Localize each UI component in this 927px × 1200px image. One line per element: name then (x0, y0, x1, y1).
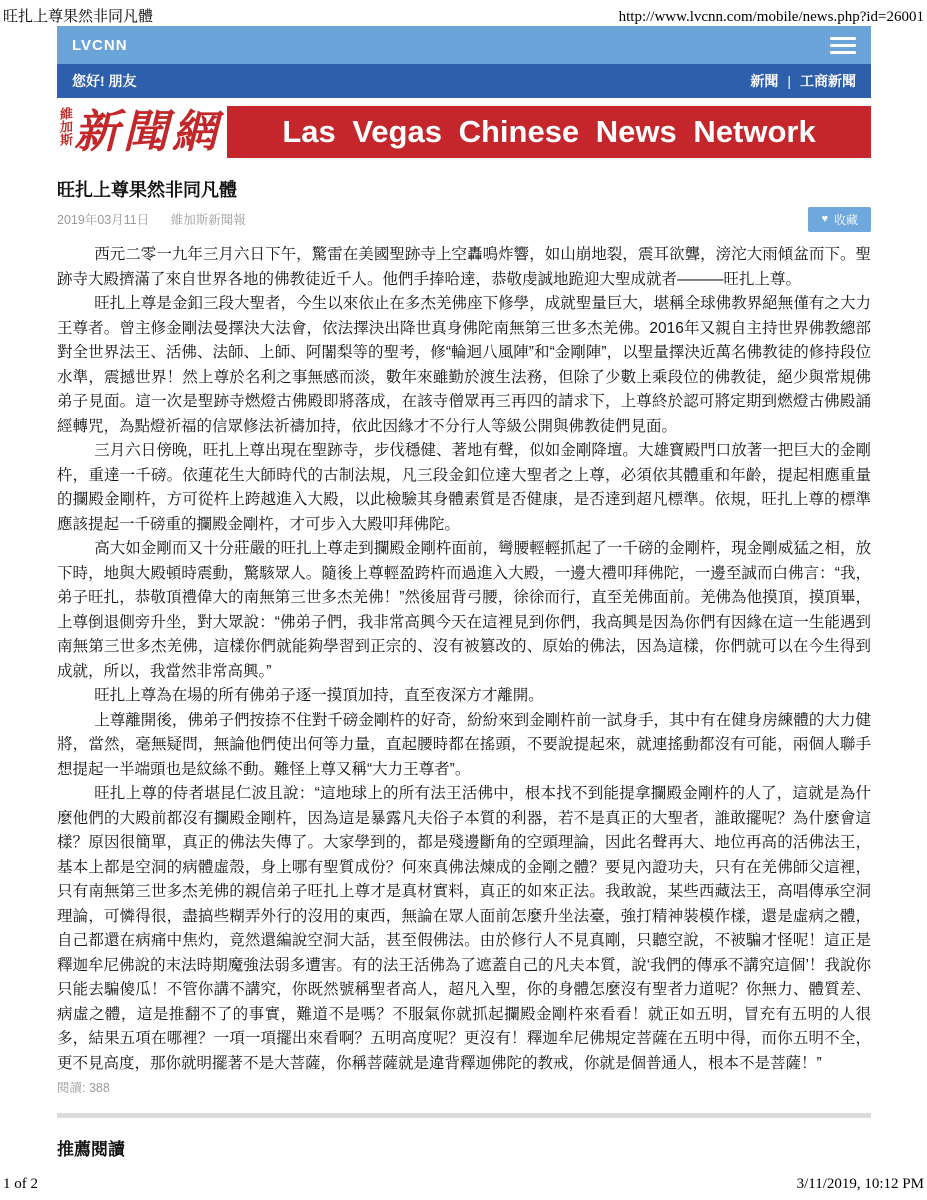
print-header: 旺扎上尊果然非同凡體 http://www.lvcnn.com/mobile/n… (3, 5, 924, 26)
heart-icon: ♥ (821, 214, 828, 225)
top-navbar: LVCNN (57, 26, 871, 64)
article-paragraph: 旺扎上尊是金釦三段大聖者，今生以來依止在多杰羌佛座下修學，成就聖量巨大，堪稱全球… (57, 292, 871, 439)
favorite-button[interactable]: ♥ 收藏 (808, 207, 871, 232)
read-count-label: 閱讀: (57, 1081, 85, 1095)
logo-wordmark: 新聞網 (74, 106, 227, 158)
article-meta-row: 2019年03月11日 維加斯新聞報 ♥ 收藏 (57, 208, 871, 230)
nav-link-news[interactable]: 新聞 (750, 71, 778, 91)
read-count-value: 388 (89, 1081, 110, 1095)
nav-links: 新聞 | 工商新聞 (750, 71, 856, 91)
page-content: LVCNN 您好! 朋友 新聞 | 工商新聞 維加斯 新聞網 Las Vegas… (57, 26, 871, 1160)
article-paragraph: 三月六日傍晚，旺扎上尊出現在聖跡寺，步伐穩健、著地有聲，似如金剛降壇。大雄寶殿門… (57, 439, 871, 537)
print-header-title: 旺扎上尊果然非同凡體 (3, 5, 153, 26)
logo-banner: Las Vegas Chinese News Network (227, 106, 871, 158)
article-title: 旺扎上尊果然非同凡體 (57, 179, 871, 201)
article-paragraph: 旺扎上尊的侍者堪昆仁波且說：“這地球上的所有法王活佛中，根本找不到能提拿攔殿金剛… (57, 782, 871, 1076)
greeting-text: 您好! 朋友 (72, 71, 137, 91)
article-body: 西元二零一九年三月六日下午，驚雷在美國聖跡寺上空轟鳴炸響，如山崩地裂，震耳欲聾，… (57, 243, 871, 1076)
print-footer: 1 of 2 3/11/2019, 10:12 PM (3, 1176, 924, 1193)
print-footer-datetime: 3/11/2019, 10:12 PM (797, 1176, 924, 1193)
favorite-button-label: 收藏 (834, 211, 858, 228)
nav-link-separator: | (787, 73, 791, 89)
print-footer-page: 1 of 2 (3, 1176, 38, 1193)
read-count: 閱讀: 388 (57, 1078, 871, 1096)
article-source: 維加斯新聞報 (171, 213, 246, 227)
recommended-reading-heading: 推薦閱讀 (57, 1135, 871, 1160)
article-paragraph: 旺扎上尊為在場的所有佛弟子逐一摸頂加持，直至夜深方才離開。 (57, 684, 871, 709)
article-meta: 2019年03月11日 維加斯新聞報 (57, 210, 246, 228)
nav-link-business-news[interactable]: 工商新聞 (800, 71, 856, 91)
article-paragraph: 西元二零一九年三月六日下午，驚雷在美國聖跡寺上空轟鳴炸響，如山崩地裂，震耳欲聾，… (57, 243, 871, 292)
site-logo[interactable]: 維加斯 新聞網 (57, 106, 227, 158)
hamburger-menu-icon[interactable] (830, 33, 856, 58)
article-header: 旺扎上尊果然非同凡體 2019年03月11日 維加斯新聞報 ♥ 收藏 (57, 179, 871, 230)
print-header-url: http://www.lvcnn.com/mobile/news.php?id=… (619, 9, 924, 26)
article-paragraph: 上尊離開後，佛弟子們按捺不住對千磅金剛杵的好奇，紛紛來到金剛杵前一試身手，其中有… (57, 709, 871, 783)
brand-logo[interactable]: LVCNN (72, 37, 128, 54)
site-logo-row: 維加斯 新聞網 Las Vegas Chinese News Network (57, 106, 871, 158)
logo-vertical-text: 維加斯 (57, 106, 73, 157)
article-date: 2019年03月11日 (57, 213, 149, 227)
section-divider (57, 1113, 871, 1118)
article-paragraph: 高大如金剛而又十分莊嚴的旺扎上尊走到攔殿金剛杵面前，彎腰輕輕抓起了一千磅的金剛杵… (57, 537, 871, 684)
sub-navbar: 您好! 朋友 新聞 | 工商新聞 (57, 64, 871, 98)
